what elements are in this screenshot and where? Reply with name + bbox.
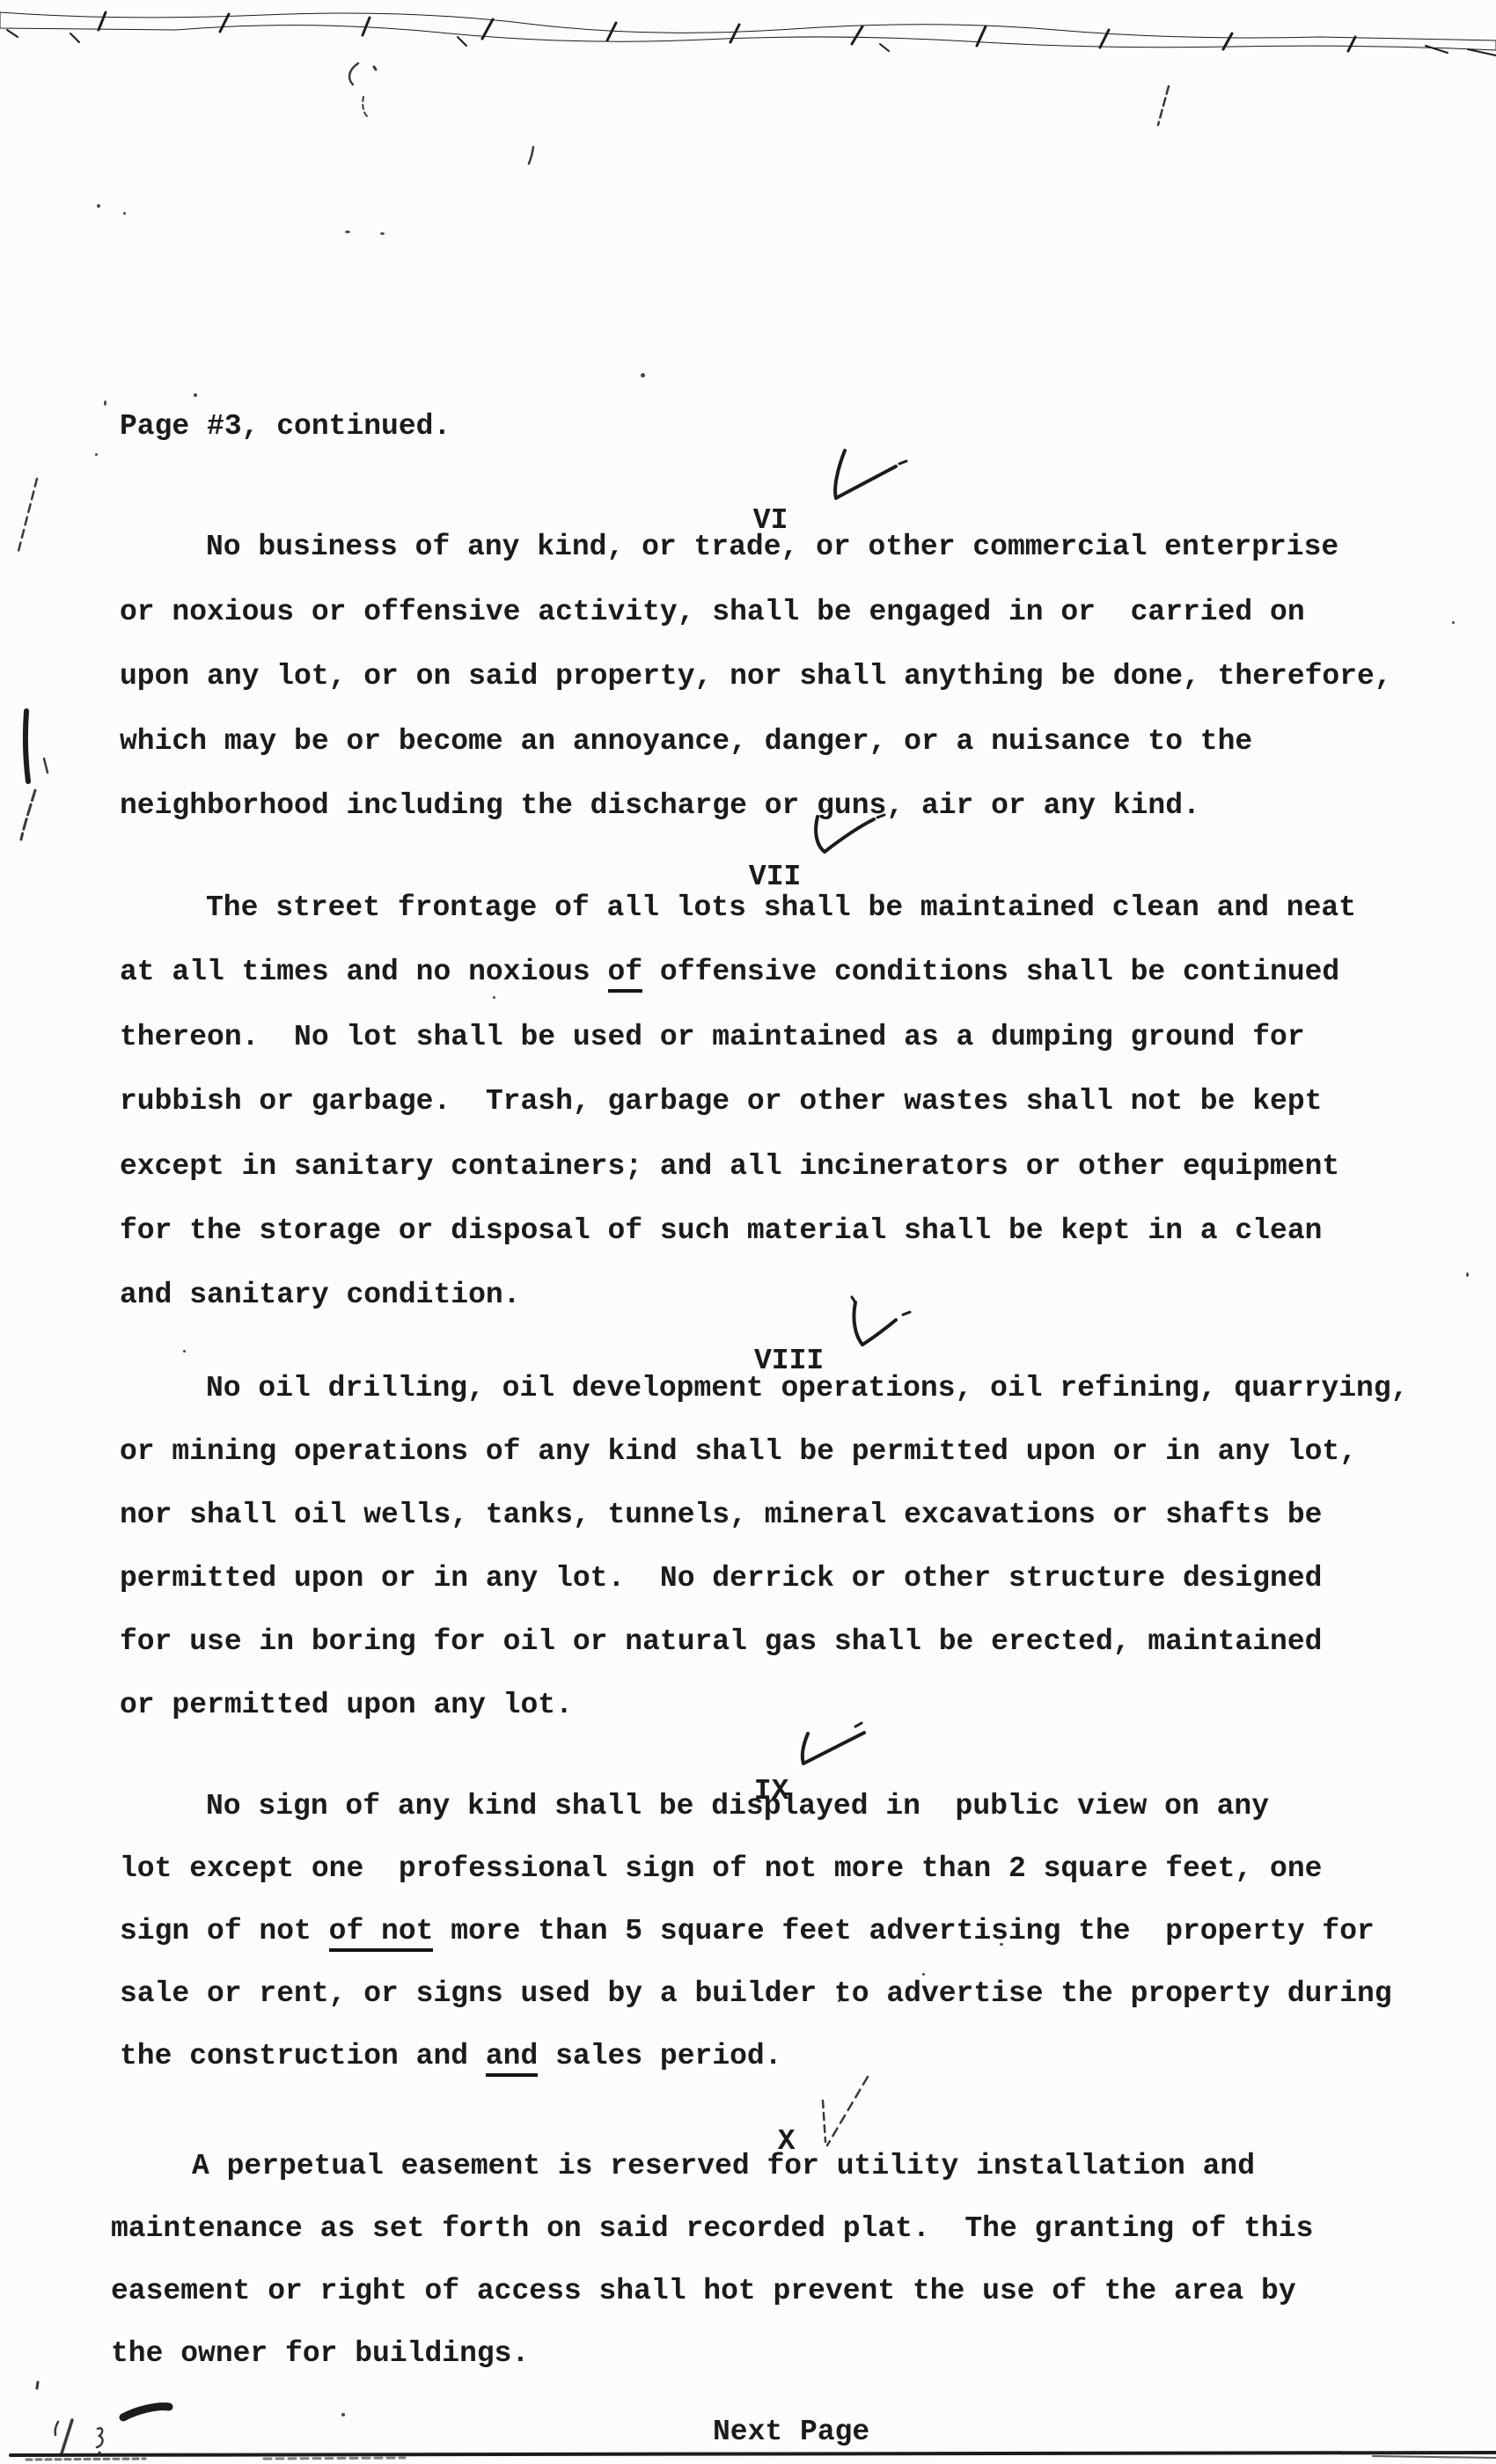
text-segment: sign of not xyxy=(120,1915,329,1947)
text-line: the owner for buildings. xyxy=(111,2336,529,2372)
checkmark-annotation-vii xyxy=(805,811,889,861)
ink-speck xyxy=(1452,621,1455,624)
ink-speck xyxy=(183,1350,186,1353)
ink-speck xyxy=(345,231,350,233)
ink-speck xyxy=(1000,1943,1003,1946)
margin-mark-lower xyxy=(14,702,58,847)
text-line: at all times and no noxious of offensive… xyxy=(120,955,1339,990)
text-line: for use in boring for oil or natural gas… xyxy=(120,1624,1322,1660)
text-line: easement or right of access shall hot pr… xyxy=(111,2274,1296,2309)
text-line: No oil drilling, oil development operati… xyxy=(206,1371,1408,1406)
stray-mark-curl xyxy=(339,58,383,120)
checkmark-annotation-viii xyxy=(832,1294,920,1355)
checkmark-annotation-x xyxy=(808,2070,878,2153)
text-line: sale or rent, or signs used by a builder… xyxy=(120,1976,1392,2012)
underlined-text: of xyxy=(608,956,643,993)
ink-speck xyxy=(341,2413,345,2416)
stray-mark-apostrophe xyxy=(525,144,538,167)
checkmark-annotation-vi xyxy=(827,444,912,507)
text-line: and sanitary condition. xyxy=(120,1278,520,1313)
text-line: except in sanitary containers; and all i… xyxy=(120,1149,1339,1184)
ink-speck xyxy=(641,373,645,378)
ink-speck xyxy=(922,1973,925,1976)
underlined-text: and xyxy=(486,2040,538,2077)
scan-noise-band xyxy=(0,0,1496,66)
page-edge-line xyxy=(0,2448,1496,2464)
text-segment: more than 5 square feet advertising the … xyxy=(433,1915,1374,1947)
text-line: A perpetual easement is reserved for uti… xyxy=(192,2149,1255,2184)
text-line: lot except one professional sign of not … xyxy=(120,1852,1322,1887)
ink-speck xyxy=(194,393,197,397)
ink-speck xyxy=(493,996,495,999)
text-segment: the construction and xyxy=(120,2040,486,2072)
text-segment: sales period. xyxy=(538,2040,781,2072)
text-line: or mining operations of any kind shall b… xyxy=(120,1434,1357,1470)
text-line: No business of any kind, or trade, or ot… xyxy=(206,530,1338,565)
section-numeral: VII xyxy=(749,861,801,893)
text-segment: offensive conditions shall be continued xyxy=(642,956,1339,988)
underlined-text: of not xyxy=(329,1915,434,1952)
margin-mark-upper xyxy=(7,473,47,561)
ink-speck xyxy=(95,453,98,456)
text-segment: at all times and no noxious xyxy=(120,956,608,988)
text-line: The street frontage of all lots shall be… xyxy=(206,891,1356,926)
stray-mark-slash xyxy=(1151,83,1176,128)
text-line: the construction and and sales period. xyxy=(120,2039,782,2074)
checkmark-annotation-ix xyxy=(794,1721,877,1770)
document-page: Page #3, continued. VI No business of an… xyxy=(0,0,1496,2464)
text-line: sign of not of not more than 5 square fe… xyxy=(120,1914,1375,1949)
text-line: which may be or become an annoyance, dan… xyxy=(120,724,1252,759)
ink-speck xyxy=(123,212,126,215)
text-line: nor shall oil wells, tanks, tunnels, min… xyxy=(120,1498,1322,1533)
text-line: upon any lot, or on said property, nor s… xyxy=(120,659,1392,694)
text-line: permitted upon or in any lot. No derrick… xyxy=(120,1561,1322,1596)
next-page-label: Next Page xyxy=(713,2415,869,2450)
text-line: No sign of any kind shall be displayed i… xyxy=(206,1789,1269,1824)
ink-speck xyxy=(1466,1272,1469,1277)
text-line: or noxious or offensive activity, shall … xyxy=(120,595,1305,630)
ink-speck xyxy=(380,232,385,235)
ink-speck xyxy=(104,400,106,406)
ink-speck xyxy=(97,204,100,208)
text-line: rubbish or garbage. Trash, garbage or ot… xyxy=(120,1084,1322,1119)
text-line: or permitted upon any lot. xyxy=(120,1688,573,1723)
page-header: Page #3, continued. xyxy=(120,409,451,444)
text-line: neighborhood including the discharge or … xyxy=(120,788,1200,824)
ink-speck xyxy=(838,1999,840,2002)
text-line: thereon. No lot shall be used or maintai… xyxy=(120,1020,1305,1055)
text-line: for the storage or disposal of such mate… xyxy=(120,1214,1322,1249)
text-line: maintenance as set forth on said recorde… xyxy=(111,2211,1313,2247)
